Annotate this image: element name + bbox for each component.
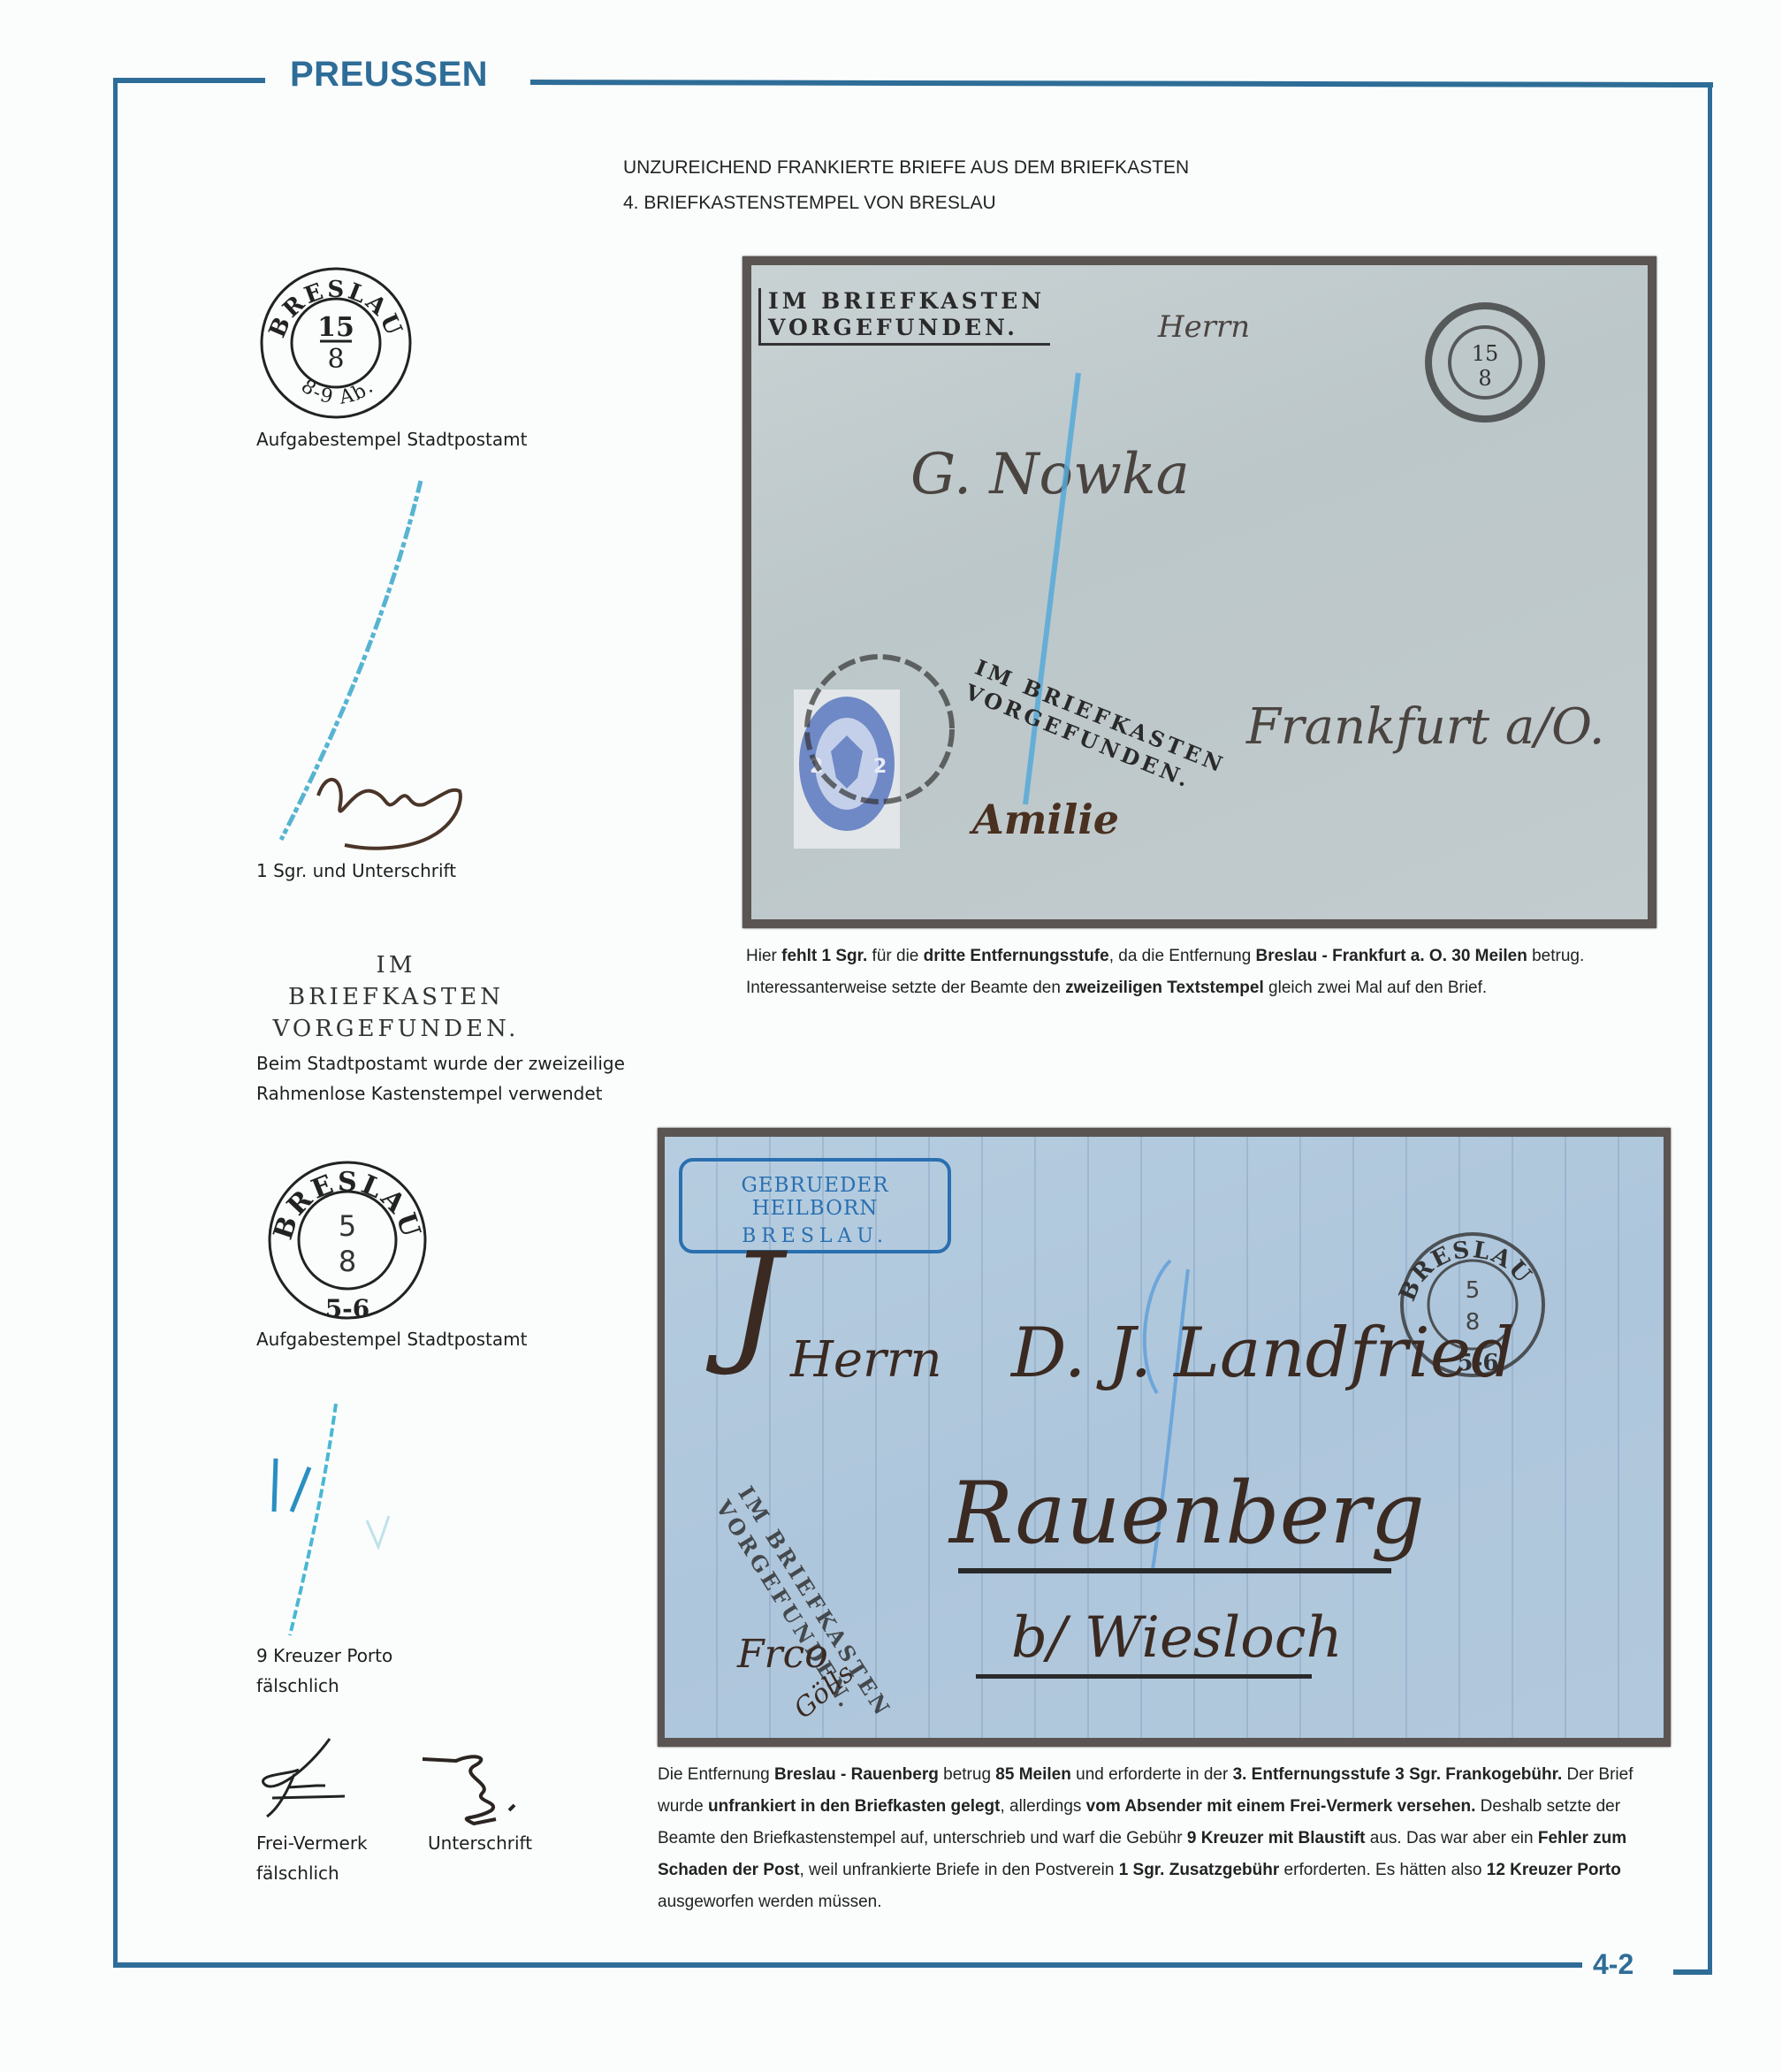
frei-vermerk-caption-line1: Frei-Vermerk <box>256 1828 368 1858</box>
postmark-breslau-5-8: BRESLAU 5-6 5 8 <box>265 1158 430 1322</box>
svg-text:5: 5 <box>1466 1277 1481 1304</box>
body-text: gleich zwei Mal auf den Brief. <box>1264 979 1487 997</box>
cover1-postmark-icon: 15 8 <box>1423 301 1547 424</box>
textstamp-caption-line1: Beim Stadtpostamt wurde der zweizeilige <box>256 1048 625 1078</box>
body-text: ausgeworfen werden müssen. <box>658 1893 881 1911</box>
cover2-sender-line2: BRESLAU. <box>682 1225 948 1247</box>
blue-mark2-caption-line2: fälschlich <box>256 1671 392 1701</box>
cover2-address-line4: b/ Wiesloch <box>1011 1605 1343 1671</box>
cover1-address-line3: Frankfurt a/O. <box>1246 698 1605 756</box>
textstamp-caption: Beim Stadtpostamt wurde der zweizeilige … <box>256 1048 625 1108</box>
cover2-address-line3: Rauenberg <box>949 1464 1425 1563</box>
signature-amilie-icon <box>301 743 477 857</box>
postmark-breslau-15-8: BRESLAU 8-9 Ab. 15 8 <box>258 265 414 421</box>
body-text: , weil unfrankierte Briefe in den Postve… <box>800 1861 1119 1879</box>
frame-bottom-right <box>1673 1969 1712 1975</box>
stamp2-caption: Aufgabestempel Stadtpostamt <box>256 1324 527 1354</box>
body-text: , da die Entfernung <box>1109 947 1256 965</box>
textstamp-example: IM BRIEFKASTEN VORGEFUNDEN. <box>263 949 529 1045</box>
frame-right <box>1708 82 1712 1974</box>
emphasis-text: 85 Meilen <box>995 1765 1071 1784</box>
cover1-address-line1: Herrn <box>1158 309 1250 345</box>
cover2-frco: Frco <box>737 1632 828 1677</box>
textstamp-line2: VORGEFUNDEN. <box>263 1013 529 1045</box>
unterschrift-script-icon <box>421 1748 544 1837</box>
cover2-address-line2: D. J. Landfried <box>1011 1314 1515 1393</box>
cover2-address-line1: Herrn <box>790 1331 942 1389</box>
frei-vermerk-caption-line2: fälschlich <box>256 1858 368 1888</box>
cover2-sender-stamp: GEBRUEDER HEILBORN BRESLAU. <box>679 1158 951 1253</box>
cover2-sender-line1: GEBRUEDER HEILBORN <box>682 1174 948 1220</box>
textstamp-line1: IM BRIEFKASTEN <box>263 949 529 1013</box>
cover2-underline1 <box>958 1568 1391 1573</box>
cover1-stamp-top: IM BRIEFKASTEN VORGEFUNDEN. <box>758 288 1050 346</box>
blue-mark1-caption: 1 Sgr. und Unterschrift <box>256 856 456 886</box>
emphasis-text: zweizeiligen Textstempel <box>1065 979 1264 997</box>
svg-text:8: 8 <box>327 344 344 375</box>
svg-text:15: 15 <box>1472 341 1499 366</box>
frame-top-right <box>530 80 1713 88</box>
cover2-address-line1-capital: J <box>728 1225 781 1379</box>
unterschrift-caption: Unterschrift <box>428 1828 532 1858</box>
emphasis-text: 3. Entfernungsstufe 3 Sgr. Frankogebühr. <box>1233 1765 1563 1784</box>
section-title: PREUSSEN <box>290 55 488 95</box>
emphasis-text: 9 Kreuzer mit Blaustift <box>1187 1829 1366 1847</box>
postmark-icon: BRESLAU 8-9 Ab. 15 8 <box>258 265 414 421</box>
emphasis-text: 12 Kreuzer Porto <box>1487 1861 1621 1879</box>
page-heading: UNZUREICHEND FRANKIERTE BRIEFE AUS DEM B… <box>623 157 1189 179</box>
emphasis-text: 1 Sgr. Zusatzgebühr <box>1119 1861 1280 1879</box>
cover1-description: Hier fehlt 1 Sgr. für die dritte Entfern… <box>746 941 1656 1004</box>
body-text: , allerdings <box>1001 1797 1086 1816</box>
emphasis-text: vom Absender mit einem Frei-Vermerk vers… <box>1086 1797 1476 1816</box>
blue-mark2-caption-line1: 9 Kreuzer Porto <box>256 1641 392 1671</box>
cover1-stamp-cancel-icon <box>796 645 963 822</box>
cover1-signature: Amilie <box>972 796 1119 843</box>
frame-top-left <box>113 78 265 83</box>
stamp1-caption: Aufgabestempel Stadtpostamt <box>256 424 527 454</box>
cover2-description: Die Entfernung Breslau - Rauenberg betru… <box>658 1759 1658 1918</box>
svg-text:8: 8 <box>1478 366 1491 391</box>
textstamp-caption-line2: Rahmenlose Kastenstempel verwendet <box>256 1078 625 1108</box>
body-text: Die Entfernung <box>658 1765 774 1784</box>
emphasis-text: Breslau - Rauenberg <box>774 1765 939 1784</box>
body-text: für die <box>867 947 923 965</box>
svg-text:8-9 Ab.: 8-9 Ab. <box>297 376 379 409</box>
emphasis-text: Breslau - Frankfurt a. O. 30 Meilen <box>1256 947 1527 965</box>
blue-crayon-9-icon <box>265 1397 424 1644</box>
svg-text:5-6: 5-6 <box>325 1294 370 1322</box>
body-text: erforderten. Es hätten also <box>1279 1861 1486 1879</box>
page-subheading: 4. BRIEFKASTENSTEMPEL VON BRESLAU <box>623 193 996 214</box>
svg-text:15: 15 <box>317 312 354 343</box>
body-text: betrug <box>939 1765 995 1784</box>
frei-vermerk-caption: Frei-Vermerk fälschlich <box>256 1828 368 1888</box>
cover1-image: IM BRIEFKASTEN VORGEFUNDEN. 15 8 Herrn G… <box>742 256 1656 928</box>
body-text: und erforderte in der <box>1071 1765 1233 1784</box>
postmark-icon: BRESLAU 5-6 5 8 <box>265 1158 430 1322</box>
emphasis-text: dritte Entfernungsstufe <box>924 947 1109 965</box>
body-text: Hier <box>746 947 781 965</box>
frei-vermerk-script-icon <box>255 1734 361 1823</box>
emphasis-text: fehlt 1 Sgr. <box>781 947 867 965</box>
frame-left <box>113 78 118 1966</box>
body-text: aus. Das war aber ein <box>1366 1829 1538 1847</box>
cover1-stamp-top-line1: IM BRIEFKASTEN <box>768 288 1045 315</box>
svg-text:5: 5 <box>339 1209 356 1243</box>
cover1-stamp-top-line2: VORGEFUNDEN. <box>768 315 1045 341</box>
cover2-underline2 <box>976 1674 1312 1679</box>
frame-bottom-left <box>113 1962 1582 1968</box>
svg-text:8: 8 <box>339 1245 356 1278</box>
cover2-image: GEBRUEDER HEILBORN BRESLAU. BRESLAU 5 8 … <box>658 1128 1671 1747</box>
page-number: 4-2 <box>1593 1948 1633 1981</box>
blue-mark2-caption: 9 Kreuzer Porto fälschlich <box>256 1641 392 1701</box>
emphasis-text: unfrankiert in den Briefkasten gelegt <box>708 1797 1000 1816</box>
